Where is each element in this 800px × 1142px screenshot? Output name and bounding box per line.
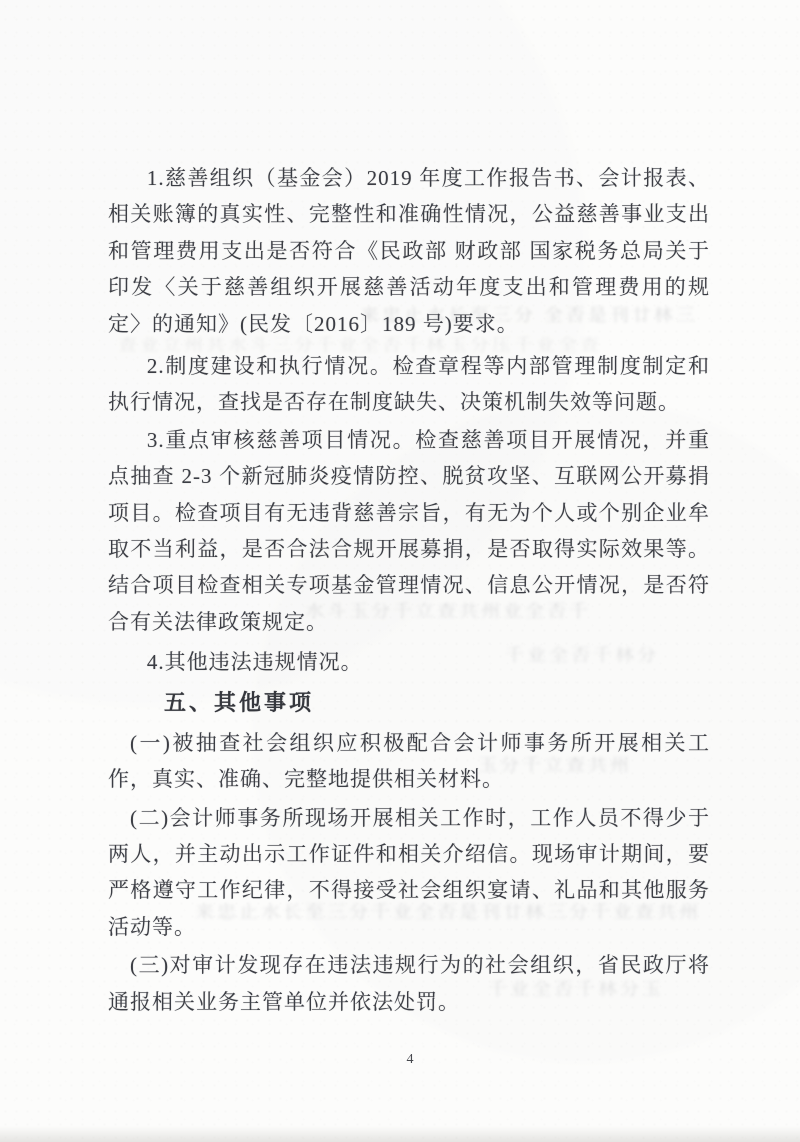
numbered-item-2: 2.制度建设和执行情况。检查章程等内部管理制度制定和执行情况，查找是否存在制度缺… [108,348,710,421]
document-page: 1.慈善组织（基金会）2019 年度工作报告书、会计报表、相关账簿的真实性、完整… [0,0,800,1142]
numbered-item-1: 1.慈善组织（基金会）2019 年度工作报告书、会计报表、相关账簿的真实性、完整… [108,160,710,342]
scan-edge-shadow [0,1126,800,1142]
subitem-2: (二)会计师事务所现场开展相关工作时，工作人员不得少于两人，并主动出示工作证件和… [108,800,710,946]
section-heading-other-matters: 五、其他事项 [108,685,710,721]
subitem-1: (一)被抽查社会组织应积极配合会计师事务所开展相关工作，真实、准确、完整地提供相… [108,725,710,798]
document-body: 1.慈善组织（基金会）2019 年度工作报告书、会计报表、相关账簿的真实性、完整… [108,160,710,1020]
numbered-item-3: 3.重点审核慈善项目情况。检查慈善项目开展情况，并重点抽查 2-3 个新冠肺炎疫… [108,422,710,640]
page-number: 4 [0,1052,800,1068]
numbered-item-4: 4.其他违法违规情况。 [108,644,710,680]
subitem-3: (三)对审计发现存在违法违规行为的社会组织，省民政厅将通报相关业务主管单位并依法… [108,947,710,1020]
